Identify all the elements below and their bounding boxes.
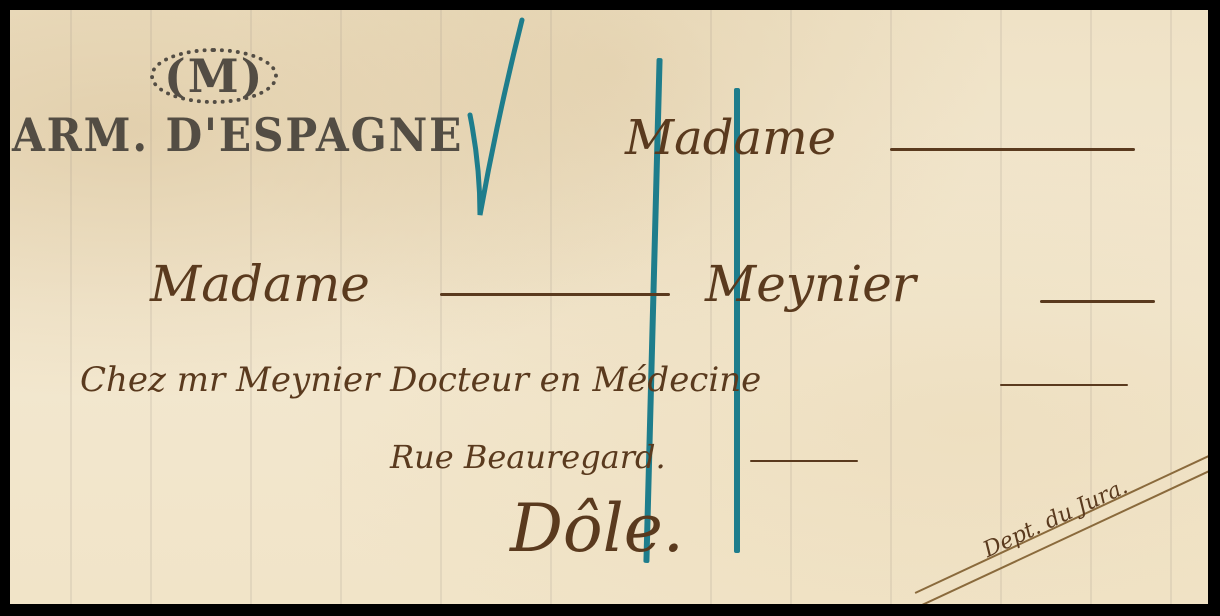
address-line-1: Madame [625,110,836,166]
crowned-m-postmark: (M) [150,48,278,104]
address-line-2-right: Meynier [705,255,916,313]
letter-cover: (M) ARM. D'ESPAGNE Madame Madame Meynier… [10,10,1208,604]
armee-espagne-postmark: ARM. D'ESPAGNE [12,108,463,162]
address-line-3: Chez mr Meynier Docteur en Médecine [80,360,761,400]
address-line-2-left: Madame [150,255,370,313]
address-department: Dept. du Jura. [979,474,1131,563]
address-line-4: Rue Beauregard. [390,438,666,476]
address-city: Dôle. [510,490,684,567]
blue-check-mark [458,15,528,225]
